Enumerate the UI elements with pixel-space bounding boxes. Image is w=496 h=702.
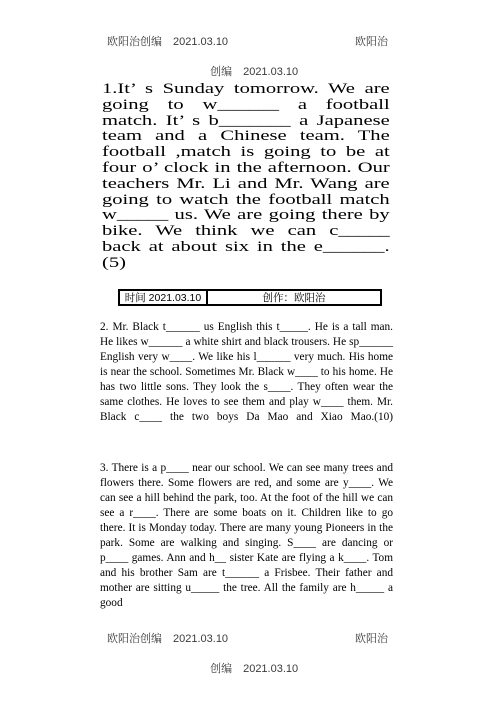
table-cell-author: 创作：欧阳治 (208, 291, 380, 304)
header-author-date: 欧阳治创编 2021.03.10 (107, 36, 228, 49)
header-created-date: 创编 2021.03.10 (210, 66, 298, 78)
table-cell-time: 时间 2021.03.10 (120, 291, 208, 304)
exercise-paragraph-3: 3. There is a p____ near our school. We … (100, 461, 393, 611)
page-header: 欧阳治创编 2021.03.10 欧阳治 (0, 36, 496, 49)
document-page: 欧阳治创编 2021.03.10 欧阳治 创编 2021.03.10 1.It’… (0, 0, 496, 702)
exercise-1-block: 1.It’ s Sunday tomorrow. We are going to… (102, 82, 390, 272)
footer-created-date: 创编 2021.03.10 (210, 663, 298, 675)
footer-author-date: 欧阳治创编 2021.03.10 (107, 633, 228, 646)
time-author-table: 时间 2021.03.10 创作：欧阳治 (118, 289, 382, 306)
exercise-paragraph-2: 2. Mr. Black t______ us English this t__… (100, 320, 393, 425)
exercise-paragraph-1: 1.It’ s Sunday tomorrow. We are going to… (102, 82, 390, 272)
header-author-name: 欧阳治 (355, 36, 388, 49)
footer-subline: 创编 2021.03.10 (0, 650, 496, 689)
footer-author-name: 欧阳治 (355, 633, 388, 646)
page-footer: 欧阳治创编 2021.03.10 欧阳治 (0, 633, 496, 646)
